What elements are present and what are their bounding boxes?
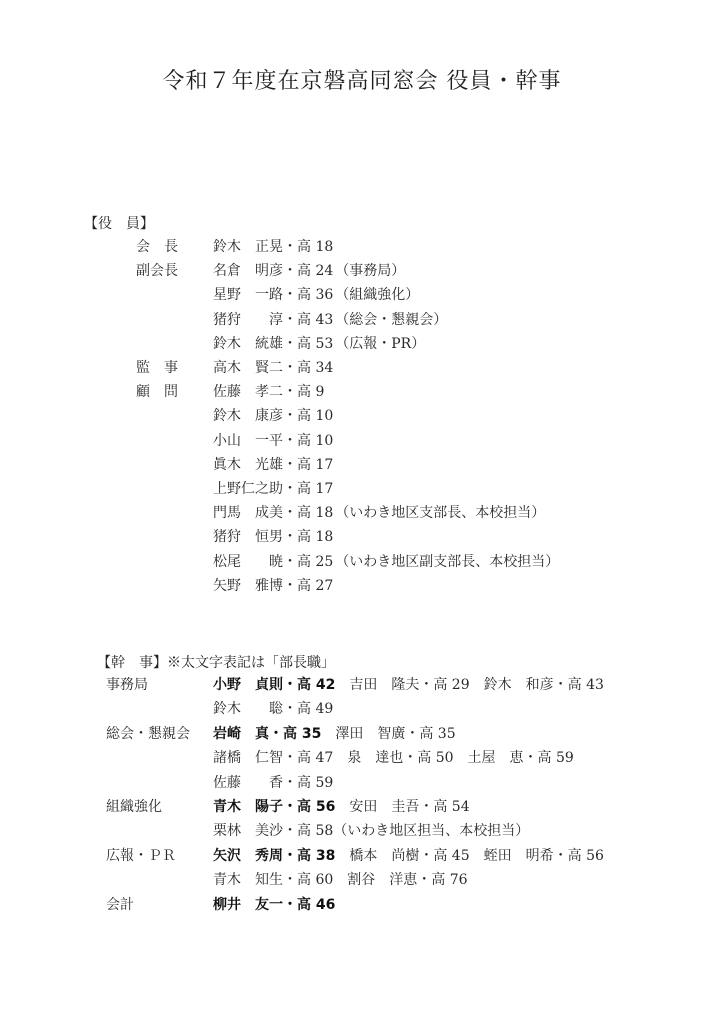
officer-name: 門馬 成美・高 18 (213, 505, 333, 521)
secretary-role: 会計 (106, 894, 134, 916)
officer-name: 鈴木 統雄・高 53 (213, 336, 333, 352)
secretary-chief-name: 小野 貞則・高 42 (213, 674, 335, 696)
officer-name: 星野 一路・高 36 (213, 287, 333, 303)
secretary-chief-name: 青木 陽子・高 56 (213, 796, 335, 818)
secretary-name: 土屋 恵・高 59 (468, 747, 574, 769)
officer-name: 眞木 光雄・高 17 (213, 457, 333, 473)
officer-name: 佐藤 孝二・高 9 (213, 384, 324, 400)
secretary-name: 澤田 智廣・高 35 (335, 723, 455, 745)
secretary-name: 鈴木 和彦・高 43 (484, 674, 604, 696)
secretary-name: 安田 圭吾・高 54 (349, 796, 469, 818)
officers-heading: 【役 員】 (84, 213, 154, 233)
secretary-name: 佐藤 香・高 59 (213, 772, 333, 794)
officer-note: （事務局） (335, 263, 405, 279)
secretaries-heading: 【幹 事】※太文字表記は「部長職」 (97, 652, 335, 672)
officer-name: 猪狩 淳・高 43 (213, 312, 333, 328)
officer-note: （広報・PR） (335, 336, 425, 352)
officer-note: （総会・懇親会） (335, 312, 447, 328)
secretary-name: 栗林 美沙・高 58（いわき地区担当、本校担当） (213, 820, 529, 842)
secretary-role: 総会・懇親会 (106, 723, 190, 745)
secretary-name: 諸橋 仁智・高 47 (213, 747, 333, 769)
officer-name: 鈴木 正晃・高 18 (213, 239, 333, 255)
officer-name: 鈴木 康彦・高 10 (213, 408, 333, 424)
officer-role: 会 長 (136, 236, 178, 258)
officer-name: 猪狩 恒男・高 18 (213, 529, 333, 545)
secretary-name: 割谷 洋恵・高 76 (347, 869, 467, 891)
secretary-name: 吉田 隆夫・高 29 (349, 674, 469, 696)
secretary-name: 青木 知生・高 60 (213, 869, 333, 891)
secretary-chief-name: 矢沢 秀周・高 38 (213, 845, 335, 867)
page-title: 令和７年度在京磐高同窓会 役員・幹事 (0, 64, 724, 95)
secretary-name: 橋本 尚樹・高 45 (349, 845, 469, 867)
officer-name: 名倉 明彦・高 24 (213, 263, 333, 279)
officer-role: 監 事 (136, 357, 178, 379)
secretary-name: 泉 達也・高 50 (347, 747, 453, 769)
officer-name: 松尾 暁・高 25 (213, 554, 333, 570)
officer-name: 矢野 雅博・高 27 (213, 578, 333, 594)
secretary-role: 事務局 (106, 674, 148, 696)
officer-name: 小山 一平・高 10 (213, 433, 333, 449)
secretary-name: 鈴木 聡・高 49 (213, 698, 333, 720)
secretary-name: 蛭田 明希・高 56 (484, 845, 604, 867)
officer-role: 副会長 (136, 260, 178, 282)
officer-note: （いわき地区支部長、本校担当） (335, 505, 545, 521)
officer-name: 高木 賢二・高 34 (213, 360, 333, 376)
officer-note: （組織強化） (335, 287, 419, 303)
secretary-role: 広報・ＰＲ (106, 845, 176, 867)
secretary-role: 組織強化 (106, 796, 162, 818)
officer-note: （いわき地区副支部長、本校担当） (335, 554, 559, 570)
secretary-chief-name: 柳井 友一・高 46 (213, 894, 335, 916)
officer-role: 顧 問 (136, 381, 178, 403)
secretary-chief-name: 岩崎 真・高 35 (213, 723, 321, 745)
officer-name: 上野仁之助・高 17 (213, 481, 333, 497)
